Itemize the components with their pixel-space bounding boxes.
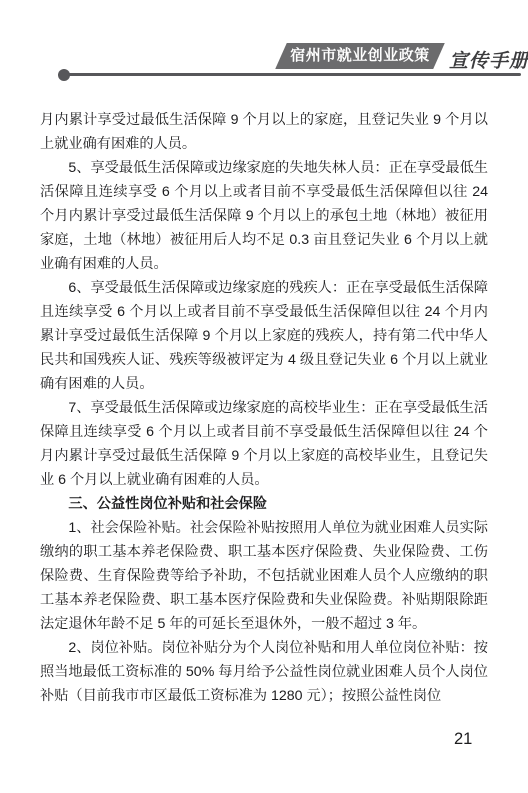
page-content: 月内累计享受过最低生活保障 9 个月以上的家庭，且登记失业 9 个月以上就业确有… — [40, 108, 488, 708]
page-number: 21 — [454, 730, 472, 749]
paragraph: 7、享受最低生活保障或边缘家庭的高校毕业生：正在享受最低生活保障且连续享受 6 … — [40, 396, 488, 492]
header-divider-dot — [58, 69, 70, 81]
paragraph: 2、岗位补贴。岗位补贴分为个人岗位补贴和用人单位岗位补贴：按照当地最低工资标准的… — [40, 636, 488, 708]
header-policy-badge-label: 宿州市就业创业政策 — [281, 43, 439, 69]
section-heading: 三、公益性岗位补贴和社会保险 — [40, 492, 488, 516]
document-page: 宿州市就业创业政策 宣传手册 月内累计享受过最低生活保障 9 个月以上的家庭，且… — [0, 0, 528, 793]
paragraph: 6、享受最低生活保障或边缘家庭的残疾人：正在享受最低生活保障且连续享受 6 个月… — [40, 276, 488, 396]
paragraph: 月内累计享受过最低生活保障 9 个月以上的家庭，且登记失业 9 个月以上就业确有… — [40, 108, 488, 156]
header-policy-badge: 宿州市就业创业政策 — [281, 43, 439, 69]
paragraph: 1、社会保险补贴。社会保险补贴按照用人单位为就业困难人员实际缴纳的职工基本养老保… — [40, 516, 488, 636]
header-handbook-title: 宣传手册 — [449, 46, 528, 73]
header-divider-line — [63, 73, 521, 76]
paragraph: 5、享受最低生活保障或边缘家庭的失地失林人员：正在享受最低生活保障且连续享受 6… — [40, 156, 488, 276]
